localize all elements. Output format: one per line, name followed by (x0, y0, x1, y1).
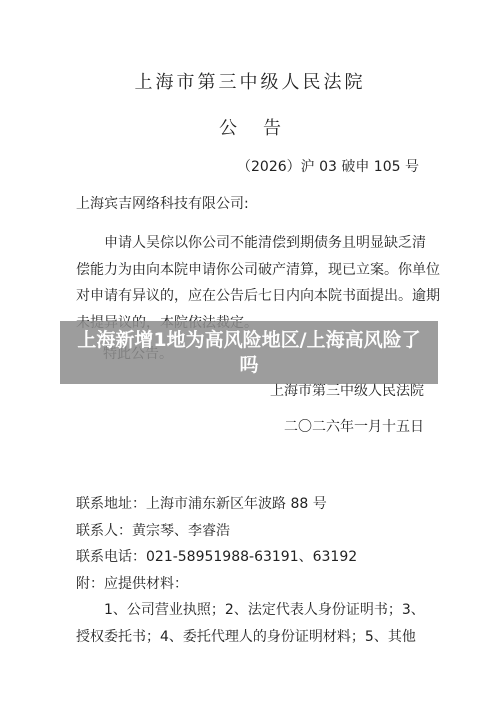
notice-title: 公告 (0, 114, 500, 140)
contact-persons: 联系人：黄宗琴、李睿浩 (76, 518, 425, 545)
materials-line: 1、公司营业执照；2、法定代表人身份证明书；3、 (76, 597, 425, 624)
addressee: 上海宾吉网络科技有限公司: (76, 193, 249, 213)
notice-title-char-1: 公 (219, 118, 237, 139)
materials-line: 授权委托书；4、委托代理人的身份证明材料；5、其他 (76, 624, 425, 651)
body-line: 对申请有异议的，应在公告后七日内向本院书面提出。逾期 (76, 283, 440, 310)
court-notice-page: 上海市第三中级人民法院 公告 （2026）沪 03 破申 105 号 上海宾吉网… (0, 0, 500, 706)
body-line: 申请人吴倧以你公司不能清偿到期债务且明显缺乏清 (76, 230, 440, 257)
case-number: （2026）沪 03 破申 105 号 (237, 156, 419, 176)
court-name-heading: 上海市第三中级人民法院 (0, 68, 500, 94)
signature-date: 二〇二六年一月十五日 (284, 416, 424, 436)
attachment-heading: 附：应提供材料： (76, 571, 425, 598)
contact-phone: 联系电话：021-58951988-63191、63192 (76, 544, 425, 571)
headline-overlay-banner: 上海新增1地为高风险地区/上海高风险了吗 (60, 321, 438, 384)
contact-info: 联系地址：上海市浦东新区年波路 88 号 联系人：黄宗琴、李睿浩 联系电话：02… (76, 491, 425, 650)
contact-address: 联系地址：上海市浦东新区年波路 88 号 (76, 491, 425, 518)
body-line: 偿能力为由向本院申请你公司破产清算，现已立案。你单位 (76, 257, 440, 284)
notice-title-char-2: 告 (263, 118, 281, 139)
headline-overlay-text: 上海新增1地为高风险地区/上海高风险了吗 (69, 328, 429, 378)
